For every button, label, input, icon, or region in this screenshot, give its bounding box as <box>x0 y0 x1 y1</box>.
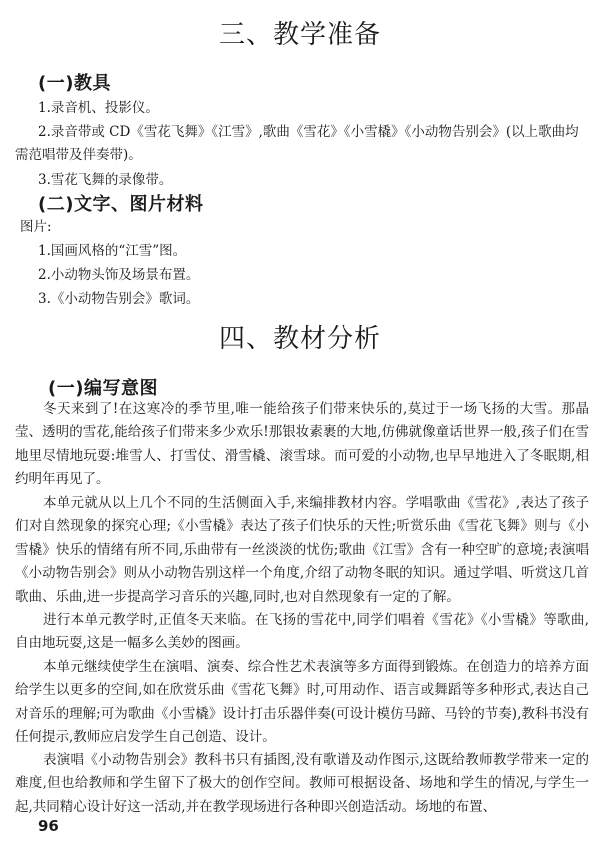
paragraph: 冬天来到了!在这寒冷的季节里,唯一能给孩子们带来快乐的,莫过于一场飞扬的大雪。那… <box>15 398 589 492</box>
images-label: 图片: <box>20 215 52 235</box>
section-title-material-analysis: 四、教材分析 <box>0 318 600 355</box>
subheading-teaching-aids: (一)教具 <box>38 69 111 95</box>
list-item-continuation: 需范唱带及伴奏带)。 <box>15 143 142 163</box>
list-item: 3.雪花飞舞的录像带。 <box>38 168 172 188</box>
section-title-teaching-preparation: 三、教学准备 <box>0 14 600 51</box>
subheading-writing-intent: (一)编写意图 <box>48 374 158 400</box>
list-item: 1.录音机、投影仪。 <box>38 96 159 116</box>
list-item: 2.录音带或 CD《雪花飞舞》《江雪》,歌曲《雪花》《小雪橇》《小动物告别会》(… <box>38 120 579 140</box>
list-item: 2.小动物头饰及场景布置。 <box>38 263 199 283</box>
subheading-text-image-materials: (二)文字、图片材料 <box>38 190 203 216</box>
paragraph: 进行本单元教学时,正值冬天来临。在飞扬的雪花中,同学们唱着《雪花》《小雪橇》等歌… <box>15 609 589 656</box>
list-item: 1.国画风格的“江雪”图。 <box>38 239 186 259</box>
paragraph: 表演唱《小动物告别会》教科书只有插图,没有歌谱及动作图示,这既给教师教学带来一定… <box>15 749 589 819</box>
page-number: 96 <box>38 817 59 835</box>
paragraph: 本单元继续使学生在演唱、演奏、综合性艺术表演等多方面得到锻炼。在创造力的培养方面… <box>15 656 589 750</box>
book-page: 三、教学准备 (一)教具 1.录音机、投影仪。 2.录音带或 CD《雪花飞舞》《… <box>0 0 600 861</box>
list-item: 3.《小动物告别会》歌词。 <box>38 287 199 307</box>
paragraph: 本单元就从以上几个不同的生活侧面入手,来编排教材内容。学唱歌曲《雪花》,表达了孩… <box>15 492 589 609</box>
